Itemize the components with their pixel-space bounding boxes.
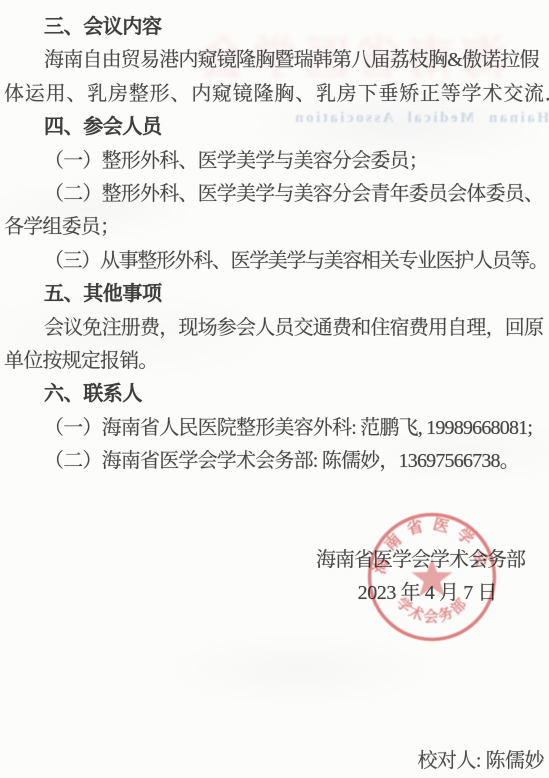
paragraph-line: 会议免注册费，现场参会人员交通费和住宿费用自理，回原 xyxy=(4,312,549,345)
signature-org: 海南省医学会学术会务部 xyxy=(316,543,525,572)
document-page: 海南省医学会 Hainan Medical Association 三、会议内容… xyxy=(0,0,549,778)
paragraph-line: 海南自由贸易港内窥镜隆胸暨瑞韩第八届荔枝胸&傲诺拉假 xyxy=(4,44,549,77)
section-heading: 五、其他事项 xyxy=(4,278,549,311)
paragraph-line: 各学组委员； xyxy=(4,211,549,244)
section-heading: 四、参会人员 xyxy=(4,111,549,144)
paragraph-line: （二）整形外科、医学美学与美容分会青年委员会体委员、 xyxy=(4,178,549,211)
paragraph-line: （一）海南省人民医院整形美容外科: 范鹏飞, 19989668081; xyxy=(4,412,549,445)
document-body: 三、会议内容 海南自由贸易港内窥镜隆胸暨瑞韩第八届荔枝胸&傲诺拉假 体运用、乳房… xyxy=(0,11,549,479)
paragraph-line: （二）海南省医学会学术会务部: 陈儒妙，13697566738。 xyxy=(4,445,549,478)
paragraph-line: 单位按规定报销。 xyxy=(4,345,549,378)
paragraph-line: （三）从事整形外科、医学美学与美容相关专业医护人员等。 xyxy=(4,245,549,278)
paragraph-line: 体运用、乳房整形、内窥镜隆胸、乳房下垂矫正等学术交流． xyxy=(4,78,549,111)
section-heading: 三、会议内容 xyxy=(4,11,549,44)
signature-date: 2023 年 4 月 7 日 xyxy=(358,576,497,605)
paragraph-line: （一）整形外科、医学美学与美容分会委员； xyxy=(4,145,549,178)
section-heading: 六、联系人 xyxy=(4,378,549,411)
proofreader-line: 校对人: 陈儒妙 xyxy=(417,744,544,773)
